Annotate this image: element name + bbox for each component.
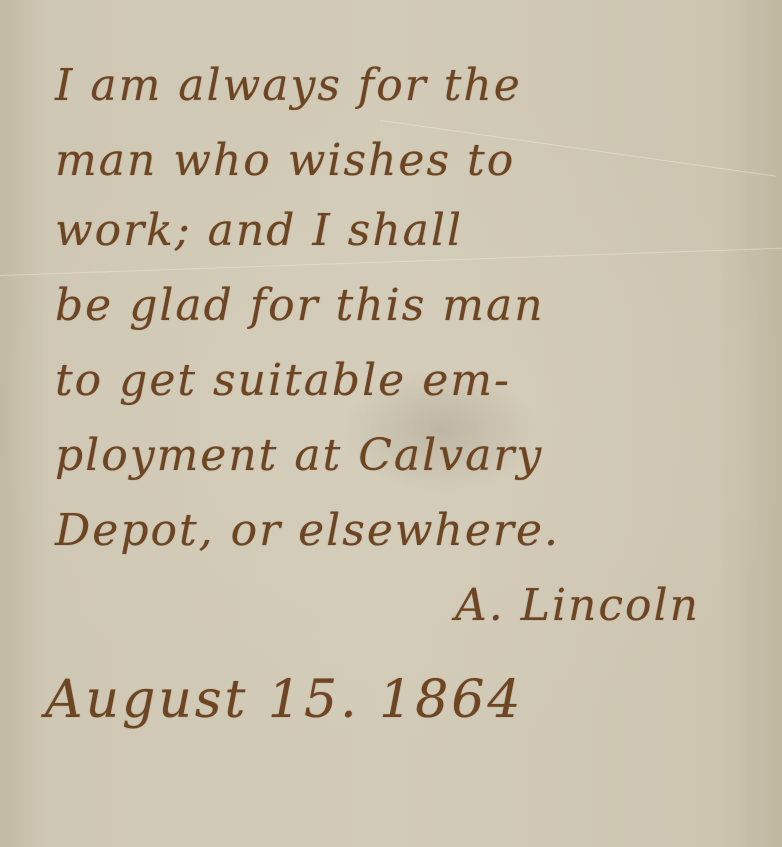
- letter-line-1: I am always for the: [55, 60, 522, 111]
- letter-line-2: man who wishes to: [55, 135, 515, 186]
- letter-date: August 15. 1864: [45, 670, 524, 730]
- letter-line-5: to get suitable em-: [55, 355, 511, 406]
- letter-paper: I am always for the man who wishes to wo…: [0, 0, 782, 847]
- letter-line-6: ployment at Calvary: [55, 430, 543, 481]
- letter-line-7: Depot, or elsewhere.: [55, 505, 560, 556]
- letter-line-3: work; and I shall: [55, 205, 463, 256]
- signature: A. Lincoln: [455, 580, 700, 631]
- letter-line-4: be glad for this man: [55, 280, 545, 331]
